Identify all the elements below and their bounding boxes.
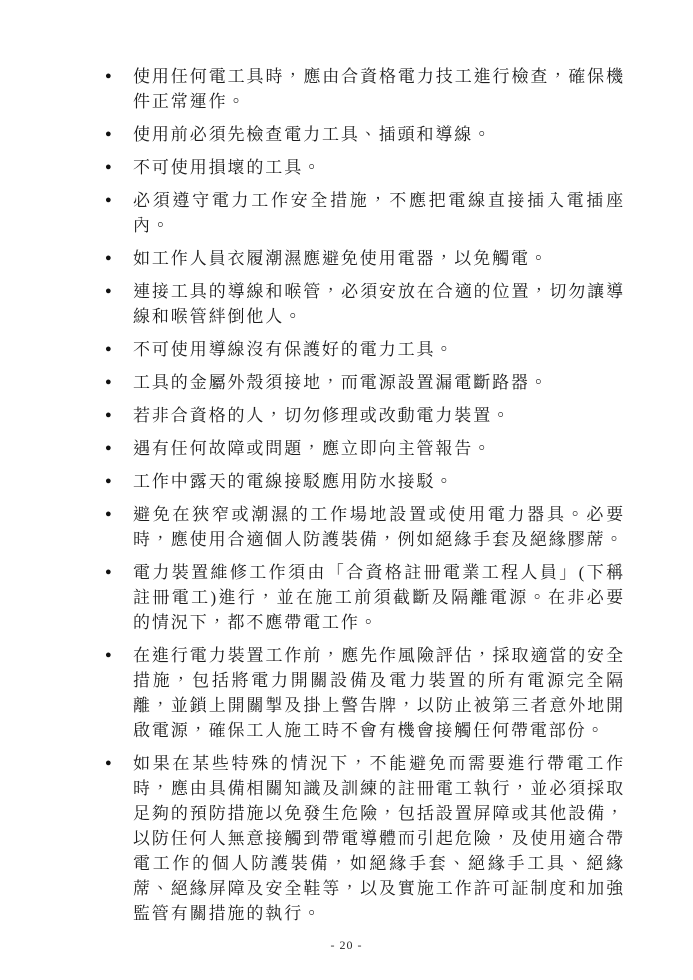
list-item: ● 如果在某些特殊的情況下，不能避免而需要進行帶電工作時，應由具備相關知識及訓練…: [105, 751, 625, 926]
bullet-text: 工具的金屬外殼須接地，而電源設置漏電斷路器。: [133, 370, 625, 395]
list-item: ● 不可使用損壞的工具。: [105, 155, 625, 180]
list-item: ● 必須遵守電力工作安全措施，不應把電線直接插入電插座內。: [105, 188, 625, 238]
bullet-text: 連接工具的導線和喉管，必須安放在合適的位置，切勿讓導線和喉管絆倒他人。: [133, 279, 625, 329]
list-item: ● 工具的金屬外殼須接地，而電源設置漏電斷路器。: [105, 370, 625, 395]
bullet-icon: ●: [105, 64, 133, 89]
bullet-icon: ●: [105, 751, 133, 776]
bullet-text: 避免在狹窄或潮濕的工作場地設置或使用電力器具。必要時，應使用合適個人防護裝備，例…: [133, 502, 625, 552]
bullet-icon: ●: [105, 337, 133, 362]
bullet-text: 若非合資格的人，切勿修理或改動電力裝置。: [133, 403, 625, 428]
bullet-icon: ●: [105, 502, 133, 527]
bullet-text: 不可使用損壞的工具。: [133, 155, 625, 180]
bullet-text: 使用前必須先檢查電力工具、插頭和導線。: [133, 122, 625, 147]
bullet-icon: ●: [105, 403, 133, 428]
list-item: ● 如工作人員衣履潮濕應避免使用電器，以免觸電。: [105, 246, 625, 271]
bullet-icon: ●: [105, 469, 133, 494]
list-item: ● 使用前必須先檢查電力工具、插頭和導線。: [105, 122, 625, 147]
document-page: ● 使用任何電工具時，應由合資格電力技工進行檢查，確保機件正常運作。 ● 使用前…: [0, 0, 693, 980]
list-item: ● 連接工具的導線和喉管，必須安放在合適的位置，切勿讓導線和喉管絆倒他人。: [105, 279, 625, 329]
list-item: ● 若非合資格的人，切勿修理或改動電力裝置。: [105, 403, 625, 428]
bullet-text: 電力裝置維修工作須由「合資格註冊電業工程人員」(下稱註冊電工)進行，並在施工前須…: [133, 560, 625, 635]
bullet-icon: ●: [105, 436, 133, 461]
list-item: ● 避免在狹窄或潮濕的工作場地設置或使用電力器具。必要時，應使用合適個人防護裝備…: [105, 502, 625, 552]
bullet-icon: ●: [105, 279, 133, 304]
bullet-text: 遇有任何故障或問題，應立即向主管報告。: [133, 436, 625, 461]
bullet-icon: ●: [105, 560, 133, 585]
bullet-text: 必須遵守電力工作安全措施，不應把電線直接插入電插座內。: [133, 188, 625, 238]
list-item: ● 工作中露天的電線接駁應用防水接駁。: [105, 469, 625, 494]
list-item: ● 遇有任何故障或問題，應立即向主管報告。: [105, 436, 625, 461]
bullet-text: 如工作人員衣履潮濕應避免使用電器，以免觸電。: [133, 246, 625, 271]
bullet-text: 工作中露天的電線接駁應用防水接駁。: [133, 469, 625, 494]
bullet-icon: ●: [105, 122, 133, 147]
bullet-icon: ●: [105, 188, 133, 213]
bullet-text: 使用任何電工具時，應由合資格電力技工進行檢查，確保機件正常運作。: [133, 64, 625, 114]
list-item: ● 使用任何電工具時，應由合資格電力技工進行檢查，確保機件正常運作。: [105, 64, 625, 114]
bullet-text: 在進行電力裝置工作前，應先作風險評估，採取適當的安全措施，包括將電力開關設備及電…: [133, 643, 625, 743]
bullet-icon: ●: [105, 643, 133, 668]
bullet-icon: ●: [105, 246, 133, 271]
page-number: - 20 -: [0, 938, 693, 953]
list-item: ● 不可使用導線沒有保護好的電力工具。: [105, 337, 625, 362]
bullet-text: 如果在某些特殊的情況下，不能避免而需要進行帶電工作時，應由具備相關知識及訓練的註…: [133, 751, 625, 926]
list-item: ● 電力裝置維修工作須由「合資格註冊電業工程人員」(下稱註冊電工)進行，並在施工…: [105, 560, 625, 635]
list-item: ● 在進行電力裝置工作前，應先作風險評估，採取適當的安全措施，包括將電力開關設備…: [105, 643, 625, 743]
bullet-list: ● 使用任何電工具時，應由合資格電力技工進行檢查，確保機件正常運作。 ● 使用前…: [105, 64, 625, 934]
bullet-icon: ●: [105, 370, 133, 395]
bullet-text: 不可使用導線沒有保護好的電力工具。: [133, 337, 625, 362]
bullet-icon: ●: [105, 155, 133, 180]
